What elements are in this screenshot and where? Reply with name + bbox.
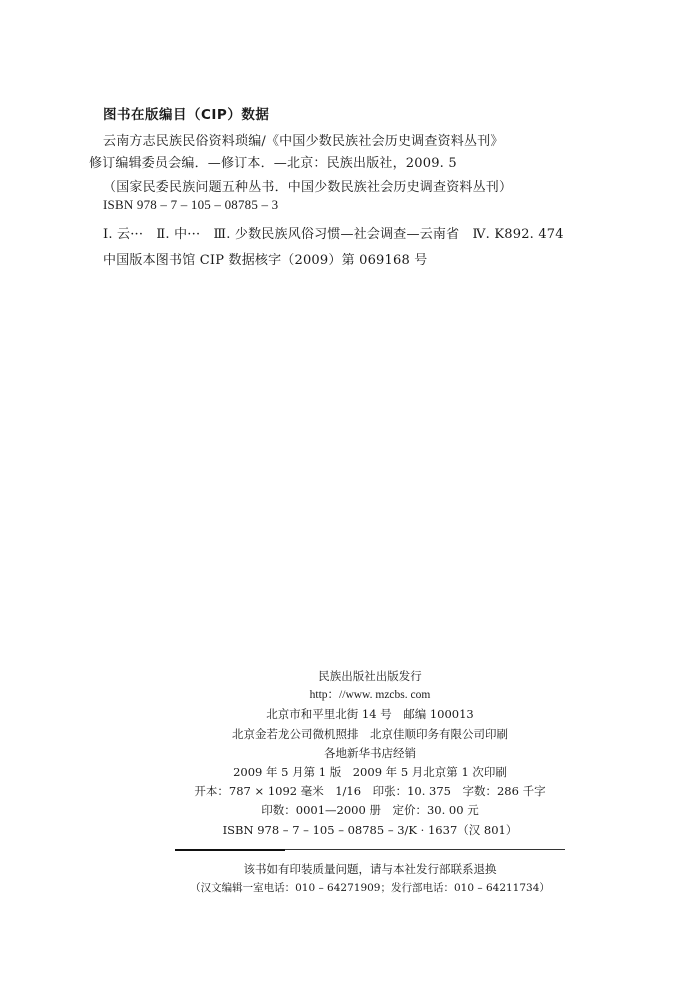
quality-notice: 该书如有印装质量问题，请与本社发行部联系退换 （汉文编辑一室电话：010 – 6… bbox=[170, 859, 570, 897]
cip-classification-line: Ⅰ. 云··· Ⅱ. 中··· Ⅲ. 少数民族风俗习惯—社会调查—云南省 Ⅳ. … bbox=[103, 223, 564, 242]
colophon: 民族出版社出版发行 http：//www. mzcbs. com 北京市和平里北… bbox=[170, 667, 570, 840]
cip-title: 图书在版编目（CIP）数据 bbox=[103, 103, 269, 123]
divider-thin-segment bbox=[285, 849, 565, 850]
colophon-typesetting-printing: 北京金若龙公司微机照排 北京佳顺印务有限公司印刷 bbox=[170, 725, 570, 744]
cip-entry-series-line: （国家民委民族问题五种丛书．中国少数民族社会历史调查资料丛刊） bbox=[103, 176, 512, 195]
colophon-format: 开本：787 × 1092 毫米 1/16 印张：10. 375 字数：286 … bbox=[170, 782, 570, 801]
cip-catalog-number-line: 中国版本图书馆 CIP 数据核字（2009）第 069168 号 bbox=[103, 249, 427, 268]
divider-thick-segment bbox=[175, 849, 285, 851]
notice-return-policy: 该书如有印装质量问题，请与本社发行部联系退换 bbox=[170, 859, 570, 879]
notice-contact-phones: （汉文编辑一室电话：010 – 64271909；发行部电话：010 – 642… bbox=[170, 879, 570, 897]
cip-entry-title-line: 云南方志民族民俗资料琐编/《中国少数民族社会历史调查资料丛刊》 bbox=[103, 130, 504, 149]
colophon-website-link[interactable]: http：//www. mzcbs. com bbox=[170, 686, 570, 705]
colophon-isbn: ISBN 978 – 7 – 105 – 08785 – 3/K · 1637（… bbox=[170, 821, 570, 840]
colophon-print-run-price: 印数：0001—2000 册 定价：30. 00 元 bbox=[170, 801, 570, 820]
cip-entry-publisher-line: 修订编辑委员会编．—修订本．—北京：民族出版社，2009. 5 bbox=[89, 152, 457, 171]
colophon-publisher: 民族出版社出版发行 bbox=[170, 667, 570, 686]
colophon-address: 北京市和平里北街 14 号 邮编 100013 bbox=[170, 705, 570, 724]
colophon-edition: 2009 年 5 月第 1 版 2009 年 5 月北京第 1 次印刷 bbox=[170, 763, 570, 782]
cip-isbn-line: ISBN 978 – 7 – 105 – 08785 – 3 bbox=[103, 197, 278, 213]
colophon-distributor: 各地新华书店经销 bbox=[170, 744, 570, 763]
